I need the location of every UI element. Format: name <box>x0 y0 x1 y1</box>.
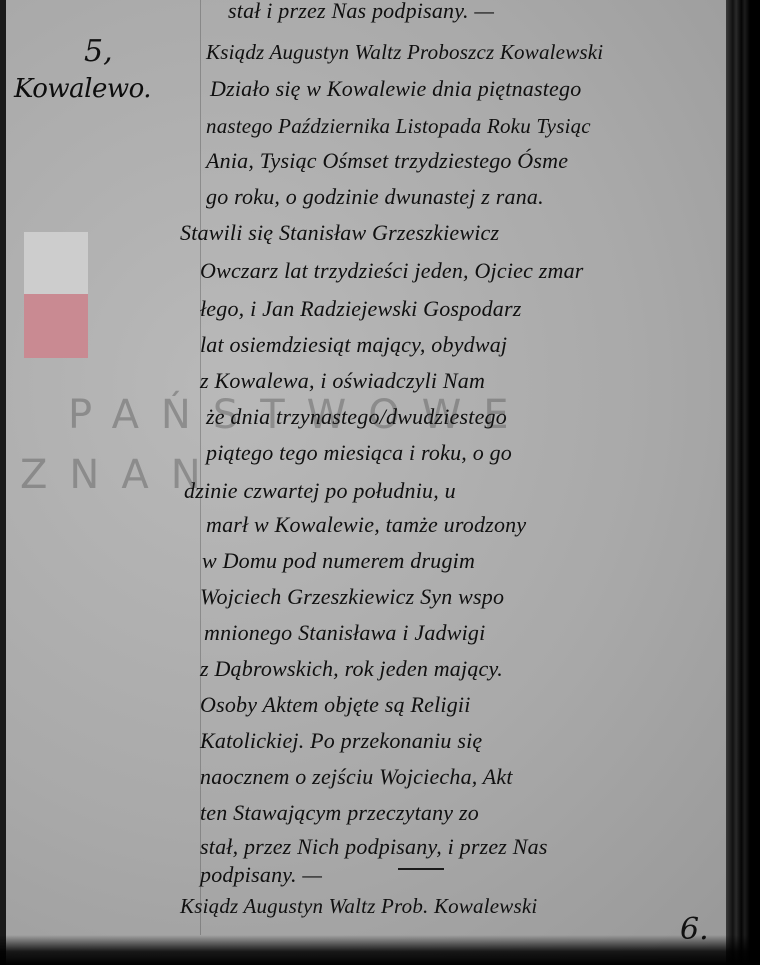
archive-flag-mark <box>24 232 88 358</box>
record-line: Owczarz lat trzydzieści jeden, Ojciec zm… <box>200 258 584 284</box>
scanned-page: PAŃSTWOWE ZNAN 5, Kowalewo. stał i przez… <box>0 0 760 965</box>
record-line: Wojciech Grzeszkiewicz Syn wspo <box>200 584 504 610</box>
record-line: marł w Kowalewie, tamże urodzony <box>206 512 526 538</box>
margin-place-name: Kowalewo. <box>14 74 151 104</box>
record-line: podpisany. — <box>200 862 322 888</box>
signature-line: Ksiądz Augustyn Waltz Prob. Kowalewski <box>180 894 537 919</box>
record-line: dzinie czwartej po południu, u <box>184 478 456 504</box>
flag-white-stripe <box>24 232 88 294</box>
flag-red-stripe <box>24 294 88 358</box>
record-line: Ksiądz Augustyn Waltz Proboszcz Kowalews… <box>206 40 603 65</box>
record-line: go roku, o godzinie dwunastej z rana. <box>206 184 544 210</box>
record-line: naocznem o zejściu Wojciecha, Akt <box>200 764 513 790</box>
record-line: stał i przez Nas podpisany. — <box>228 0 494 24</box>
record-line: Osoby Aktem objęte są Religii <box>200 692 471 718</box>
record-line: że dnia trzynastego/dwudziestego <box>206 404 507 430</box>
record-line: Katolickiej. Po przekonaniu się <box>200 728 482 754</box>
record-line: lat osiemdziesiąt mający, obydwaj <box>200 332 507 358</box>
record-line: Działo się w Kowalewie dnia piętnastego <box>210 76 581 102</box>
record-line: z Dąbrowskich, rok jeden mający. <box>200 656 503 682</box>
record-line: stał, przez Nich podpisany, i przez Nas <box>200 834 548 860</box>
record-line: Stawili się Stanisław Grzeszkiewicz <box>180 220 499 246</box>
scan-bottom-shadow <box>0 935 760 965</box>
record-line: nastego Października Listopada Roku Tysi… <box>206 114 591 139</box>
record-line: łego, i Jan Radziejewski Gospodarz <box>200 296 522 322</box>
book-gutter <box>726 0 760 965</box>
record-line: w Domu pod numerem drugim <box>202 548 475 574</box>
record-line: z Kowalewa, i oświadczyli Nam <box>200 368 485 394</box>
record-line: ten Stawającym przeczytany zo <box>200 800 479 826</box>
closing-dash <box>398 868 444 870</box>
entry-number: 5, <box>84 34 113 69</box>
scan-left-edge <box>0 0 6 965</box>
record-line: piątego tego miesiąca i roku, o go <box>206 440 512 466</box>
record-line: Ania, Tysiąc Ośmset trzydziestego Ósme <box>206 148 568 174</box>
record-line: mnionego Stanisława i Jadwigi <box>204 620 485 646</box>
